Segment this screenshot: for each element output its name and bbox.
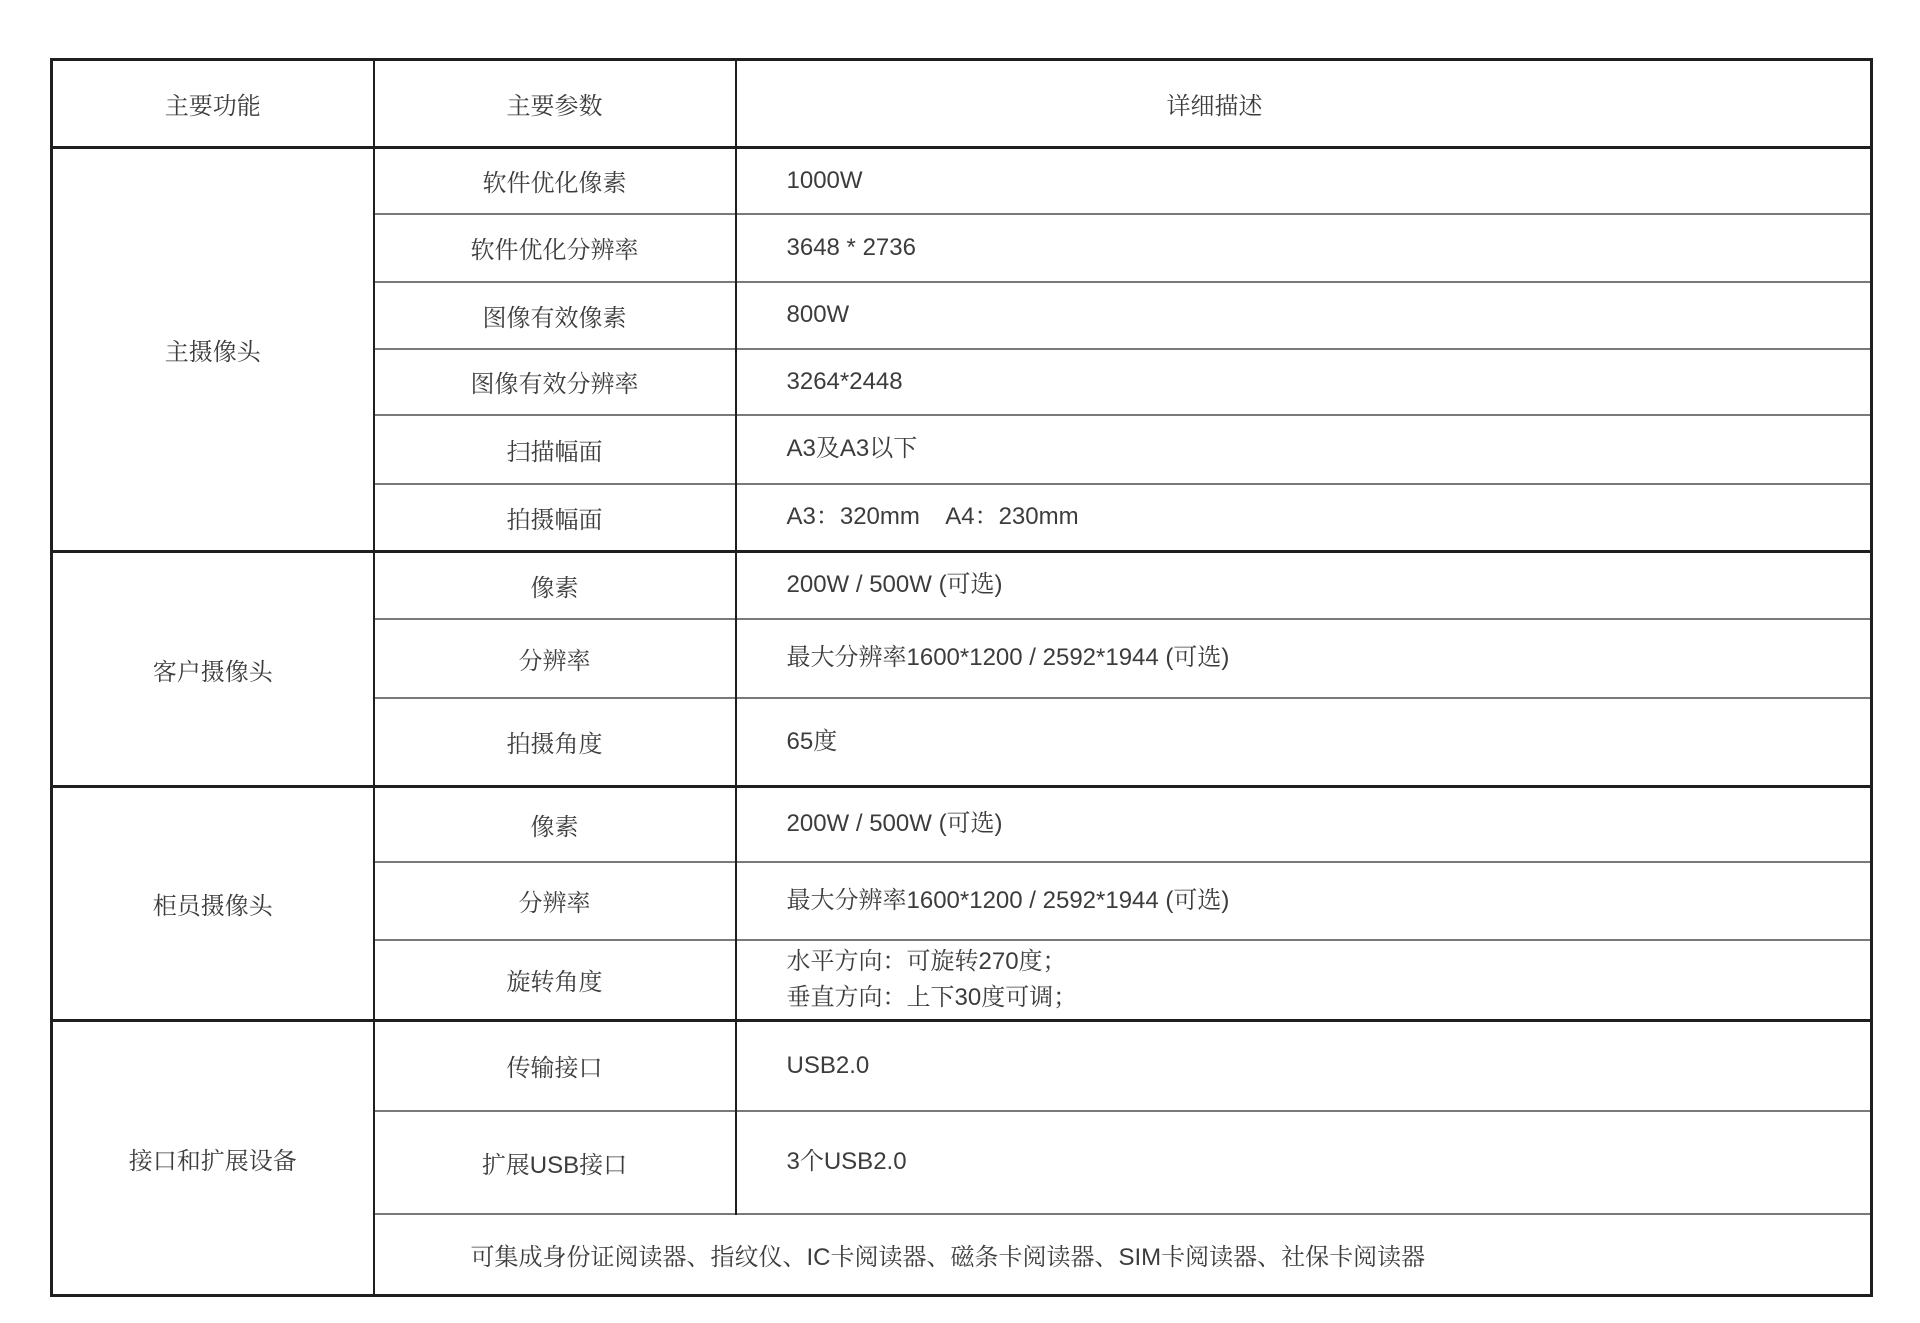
desc-cell: 最大分辨率1600*1200 / 2592*1944 (可选) <box>736 862 1872 940</box>
header-cell-function: 主要功能 <box>52 60 374 148</box>
header-row: 主要功能 主要参数 详细描述 <box>52 60 1872 148</box>
desc-cell: 水平方向：可旋转270度； 垂直方向：上下30度可调； <box>736 940 1872 1021</box>
spec-row: 柜员摄像头像素200W / 500W (可选) <box>52 787 1872 862</box>
param-cell: 像素 <box>374 787 736 862</box>
desc-cell: USB2.0 <box>736 1021 1872 1111</box>
param-cell: 图像有效分辨率 <box>374 349 736 415</box>
desc-cell: 65度 <box>736 698 1872 787</box>
function-cell: 接口和扩展设备 <box>52 1021 374 1296</box>
desc-cell: A3：320mm A4：230mm <box>736 484 1872 552</box>
param-cell: 像素 <box>374 552 736 619</box>
desc-cell: 200W / 500W (可选) <box>736 787 1872 862</box>
param-cell: 拍摄角度 <box>374 698 736 787</box>
spec-row: 接口和扩展设备传输接口USB2.0 <box>52 1021 1872 1111</box>
spec-row: 客户摄像头像素200W / 500W (可选) <box>52 552 1872 619</box>
desc-cell: 800W <box>736 282 1872 349</box>
param-cell: 旋转角度 <box>374 940 736 1021</box>
param-cell: 软件优化像素 <box>374 148 736 214</box>
param-cell: 软件优化分辨率 <box>374 214 736 282</box>
param-cell: 扩展USB接口 <box>374 1111 736 1214</box>
param-cell: 分辨率 <box>374 619 736 698</box>
param-cell: 传输接口 <box>374 1021 736 1111</box>
desc-cell: A3及A3以下 <box>736 415 1872 484</box>
header-cell-description: 详细描述 <box>736 60 1872 148</box>
desc-cell: 最大分辨率1600*1200 / 2592*1944 (可选) <box>736 619 1872 698</box>
spec-row: 主摄像头软件优化像素1000W <box>52 148 1872 214</box>
function-cell: 柜员摄像头 <box>52 787 374 1021</box>
header-cell-parameter: 主要参数 <box>374 60 736 148</box>
spec-table: 主要功能 主要参数 详细描述 主摄像头软件优化像素1000W软件优化分辨率364… <box>50 58 1873 1297</box>
desc-cell: 3264*2448 <box>736 349 1872 415</box>
param-cell: 图像有效像素 <box>374 282 736 349</box>
param-cell: 分辨率 <box>374 862 736 940</box>
desc-cell: 1000W <box>736 148 1872 214</box>
function-cell: 客户摄像头 <box>52 552 374 787</box>
merged-desc-cell: 可集成身份证阅读器、指纹仪、IC卡阅读器、磁条卡阅读器、SIM卡阅读器、社保卡阅… <box>374 1214 1872 1296</box>
desc-cell: 3648 * 2736 <box>736 214 1872 282</box>
desc-cell: 3个USB2.0 <box>736 1111 1872 1214</box>
desc-cell: 200W / 500W (可选) <box>736 552 1872 619</box>
function-cell: 主摄像头 <box>52 148 374 552</box>
param-cell: 扫描幅面 <box>374 415 736 484</box>
param-cell: 拍摄幅面 <box>374 484 736 552</box>
